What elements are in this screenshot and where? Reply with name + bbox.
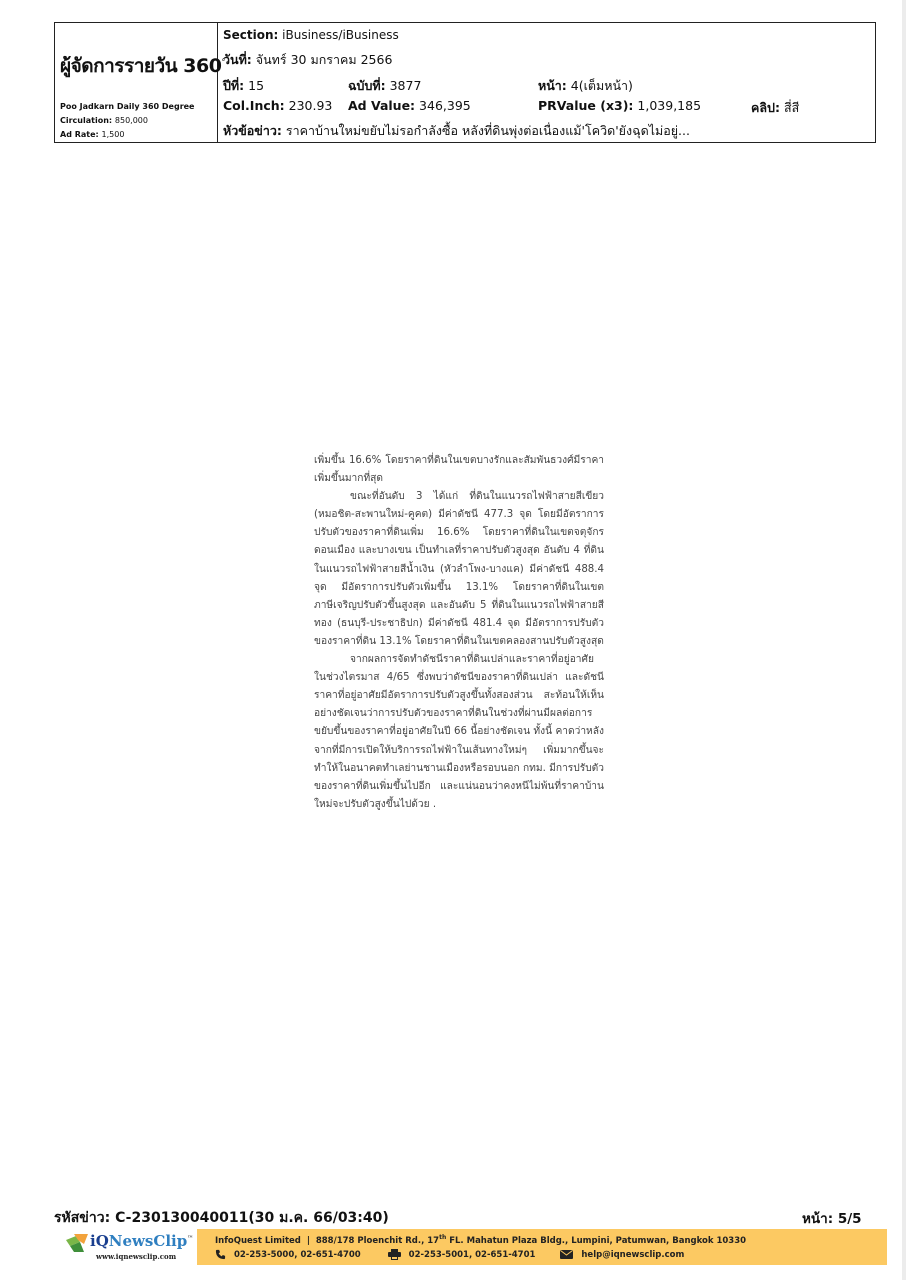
ad-rate-label: Ad Rate: — [60, 130, 99, 139]
article-body: เพิ่มขึ้น 16.6% โดยราคาที่ดินในเขตบางรัก… — [314, 452, 604, 814]
logo-trademark: ™ — [187, 1235, 193, 1242]
logo-clip: Clip — [153, 1232, 187, 1250]
issue-label: ฉบับที่: — [348, 78, 386, 93]
address-suffix: FL. Mahatun Plaza Bldg., Lumpini, Patumw… — [446, 1236, 746, 1246]
company-address: InfoQuest Limited | 888/178 Ploenchit Rd… — [215, 1234, 746, 1246]
news-code: รหัสข่าว: C-230130040011(30 ม.ค. 66/03:4… — [54, 1207, 389, 1229]
ad-value-label: Ad Value: — [348, 98, 415, 113]
article-paragraph: ขณะที่อันดับ 3 ได้แก่ ที่ดินในแนวรถไฟฟ้า… — [314, 488, 604, 651]
circulation-label: Circulation: — [60, 116, 112, 125]
headline-label: หัวข้อข่าว: — [223, 123, 282, 138]
address-prefix: 888/178 Ploenchit Rd., 17 — [316, 1236, 439, 1246]
col-inch-value: 230.93 — [289, 98, 333, 113]
year-value: 15 — [248, 78, 264, 93]
publication-english-name: Poo Jadkarn Daily 360 Degree — [60, 102, 194, 111]
publication-title-text: ผู้จัดการรายวัน 360 — [60, 55, 221, 77]
clipping-header: ผู้จัดการรายวัน 360° Poo Jadkarn Daily 3… — [54, 22, 876, 143]
col-inch: Col.Inch: 230.93 — [223, 98, 332, 113]
section: Section: iBusiness/iBusiness — [223, 28, 399, 42]
logo-mark-icon — [66, 1234, 88, 1252]
date-value: จันทร์ 30 มกราคม 2566 — [256, 52, 393, 67]
page-edge — [902, 0, 906, 1280]
article-paragraph: เพิ่มขึ้น 16.6% โดยราคาที่ดินในเขตบางรัก… — [314, 452, 604, 488]
circulation-value: 850,000 — [115, 116, 148, 125]
pr-value-value: 1,039,185 — [637, 98, 701, 113]
publication-info: ผู้จัดการรายวัน 360° Poo Jadkarn Daily 3… — [55, 23, 218, 142]
date: วันที่: จันทร์ 30 มกราคม 2566 — [223, 50, 392, 70]
page-number-label: หน้า: — [802, 1211, 833, 1227]
logo-news: News — [109, 1232, 154, 1250]
pr-value: PRValue (x3): 1,039,185 — [538, 98, 701, 113]
circulation: Circulation: 850,000 — [60, 116, 148, 125]
company-name: InfoQuest Limited — [215, 1236, 301, 1246]
page-label: หน้า: — [538, 78, 567, 93]
headline: หัวข้อข่าว: ราคาบ้านใหม่ขยับไม่รอกำลังซื… — [223, 121, 690, 141]
col-inch-label: Col.Inch: — [223, 98, 285, 113]
email-address: help@iqnewsclip.com — [581, 1250, 684, 1260]
clipping-meta: Section: iBusiness/iBusiness วันที่: จัน… — [218, 23, 875, 142]
fax-printer-icon — [388, 1249, 401, 1260]
year: ปีที่: 15 — [223, 76, 264, 96]
news-code-value: C-230130040011(30 ม.ค. 66/03:40) — [115, 1210, 389, 1226]
page-number: หน้า: 5/5 — [802, 1207, 862, 1229]
clip-label: คลิป: — [751, 100, 780, 115]
logo-url: www.iqnewsclip.com — [96, 1252, 176, 1261]
page: หน้า: 4(เต็มหน้า) — [538, 76, 633, 96]
section-value: iBusiness/iBusiness — [282, 28, 399, 42]
page-value: 4(เต็มหน้า) — [571, 78, 633, 93]
issue: ฉบับที่: 3877 — [348, 76, 421, 96]
year-label: ปีที่: — [223, 78, 244, 93]
fax-numbers: 02-253-5001, 02-651-4701 — [409, 1250, 536, 1260]
ad-rate: Ad Rate: 1,500 — [60, 130, 124, 139]
pr-value-label: PRValue (x3): — [538, 98, 633, 113]
contact-numbers: 02-253-5000, 02-651-4700 02-253-5001, 02… — [215, 1249, 684, 1260]
ad-rate-value: 1,500 — [102, 130, 125, 139]
phone-icon — [215, 1249, 226, 1260]
section-label: Section: — [223, 28, 278, 42]
clip-value: สี่สี — [784, 100, 799, 115]
email-icon — [560, 1250, 573, 1259]
logo-iq: iQ — [90, 1232, 109, 1250]
issue-value: 3877 — [390, 78, 422, 93]
separator: | — [307, 1236, 310, 1246]
date-label: วันที่: — [223, 52, 252, 67]
article-paragraph: จากผลการจัดทำดัชนีราคาที่ดินเปล่าและราคา… — [314, 651, 604, 814]
page-number-value: 5/5 — [838, 1211, 862, 1227]
contact-info-bar: InfoQuest Limited | 888/178 Ploenchit Rd… — [197, 1229, 887, 1265]
logo-wordmark: iQNewsClip™ — [90, 1232, 193, 1250]
publication-title: ผู้จัดการรายวัน 360° — [60, 51, 225, 81]
headline-value: ราคาบ้านใหม่ขยับไม่รอกำลังซื้อ หลังที่ดิ… — [286, 123, 690, 138]
ad-value: Ad Value: 346,395 — [348, 98, 471, 113]
ad-value-value: 346,395 — [419, 98, 471, 113]
iqnewsclip-logo: iQNewsClip™ www.iqnewsclip.com — [66, 1232, 196, 1266]
clip-type: คลิป: สี่สี — [751, 98, 799, 118]
phone-numbers: 02-253-5000, 02-651-4700 — [234, 1250, 361, 1260]
news-code-label: รหัสข่าว: — [54, 1210, 110, 1226]
